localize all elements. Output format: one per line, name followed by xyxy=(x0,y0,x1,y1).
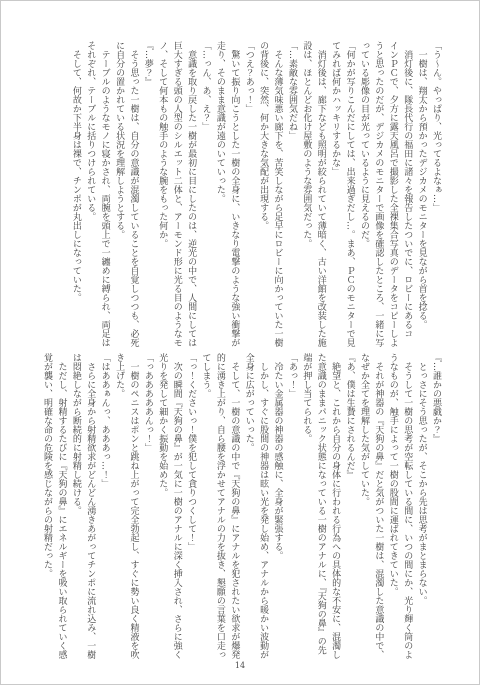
page-content: 「う〜ん。やっぱり、光ってるよなぁ…」 一樹は、翔太から預かったデジカメのモニタ… xyxy=(41,41,443,665)
page-number: 14 xyxy=(1,661,479,670)
vertical-text-block-lower: 『…誰かの悪戯か？』 とっさにそう思ったが、そこから先は思考がまとまらない。 そ… xyxy=(41,353,443,665)
vertical-text-block-upper: 「う〜ん。やっぱり、光ってるよなぁ…」 一樹は、翔太から預かったデジカメのモニタ… xyxy=(41,41,443,353)
novel-page: 「う〜ん。やっぱり、光ってるよなぁ…」 一樹は、翔太から預かったデジカメのモニタ… xyxy=(0,0,480,685)
